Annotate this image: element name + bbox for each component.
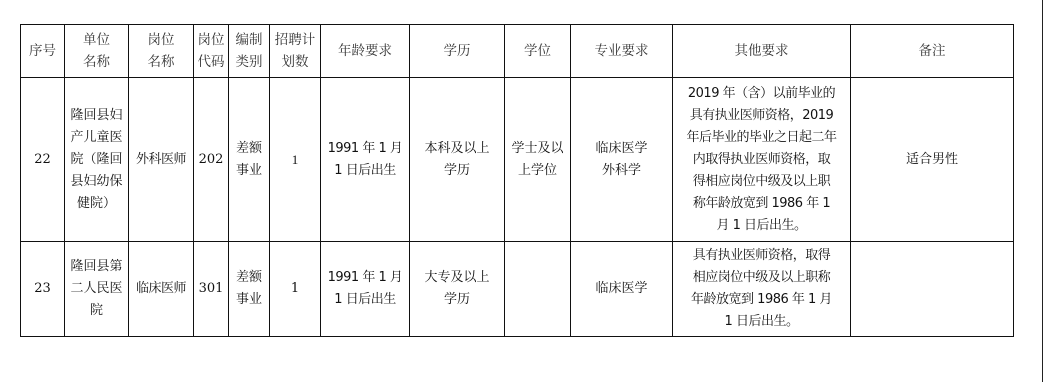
cell-degree: 学士及以 上学位 bbox=[505, 78, 571, 242]
header-plan-count: 招聘计 划数 bbox=[270, 25, 321, 78]
cell-remarks bbox=[851, 242, 1014, 337]
cell-age-requirement: 1991 年 1 月 1 日后出生 bbox=[321, 242, 410, 337]
cell-seq: 22 bbox=[21, 78, 65, 242]
header-post-code: 岗位 代码 bbox=[194, 25, 229, 78]
header-staffing-type: 编制 类别 bbox=[229, 25, 270, 78]
cell-major-requirement: 临床医学 bbox=[571, 242, 673, 337]
table-row: 23 隆回县第 二人民医 院 临床医师 301 差额 事业 1 1991 年 1… bbox=[21, 242, 1014, 337]
cell-unit-name: 隆回县第 二人民医 院 bbox=[65, 242, 129, 337]
table-row: 22 隆回县妇 产儿童医 院（隆回 县妇幼保 健院） 外科医师 202 差额 事… bbox=[21, 78, 1014, 242]
header-major-requirement: 专业要求 bbox=[571, 25, 673, 78]
cell-post-code: 202 bbox=[194, 78, 229, 242]
page-edge-divider bbox=[1042, 0, 1043, 382]
cell-unit-name: 隆回县妇 产儿童医 院（隆回 县妇幼保 健院） bbox=[65, 78, 129, 242]
cell-post-code: 301 bbox=[194, 242, 229, 337]
header-other-requirements: 其他要求 bbox=[673, 25, 851, 78]
cell-other-requirements: 2019 年（含）以前毕业的 具有执业医师资格，2019 年后毕业的毕业之日起二… bbox=[673, 78, 851, 242]
cell-education: 本科及以上 学历 bbox=[410, 78, 505, 242]
header-education: 学历 bbox=[410, 25, 505, 78]
header-age-requirement: 年龄要求 bbox=[321, 25, 410, 78]
cell-age-requirement: 1991 年 1 月 1 日后出生 bbox=[321, 78, 410, 242]
header-remarks: 备注 bbox=[851, 25, 1014, 78]
cell-other-requirements: 具有执业医师资格，取得 相应岗位中级及以上职称 年龄放宽到 1986 年 1 月… bbox=[673, 242, 851, 337]
cell-post-name: 临床医师 bbox=[129, 242, 194, 337]
cell-education: 大专及以上 学历 bbox=[410, 242, 505, 337]
cell-degree bbox=[505, 242, 571, 337]
recruitment-table: 序号 单位 名称 岗位 名称 岗位 代码 编制 类别 招聘计 划数 年龄要求 学… bbox=[20, 24, 1014, 337]
cell-plan-count: 1 bbox=[270, 242, 321, 337]
cell-seq: 23 bbox=[21, 242, 65, 337]
cell-staffing-type: 差额 事业 bbox=[229, 242, 270, 337]
header-seq: 序号 bbox=[21, 25, 65, 78]
header-degree: 学位 bbox=[505, 25, 571, 78]
table-header-row: 序号 单位 名称 岗位 名称 岗位 代码 编制 类别 招聘计 划数 年龄要求 学… bbox=[21, 25, 1014, 78]
cell-post-name: 外科医师 bbox=[129, 78, 194, 242]
cell-remarks: 适合男性 bbox=[851, 78, 1014, 242]
cell-staffing-type: 差额 事业 bbox=[229, 78, 270, 242]
header-unit-name: 单位 名称 bbox=[65, 25, 129, 78]
cell-major-requirement: 临床医学 外科学 bbox=[571, 78, 673, 242]
header-post-name: 岗位 名称 bbox=[129, 25, 194, 78]
cell-plan-count: 1 bbox=[270, 78, 321, 242]
